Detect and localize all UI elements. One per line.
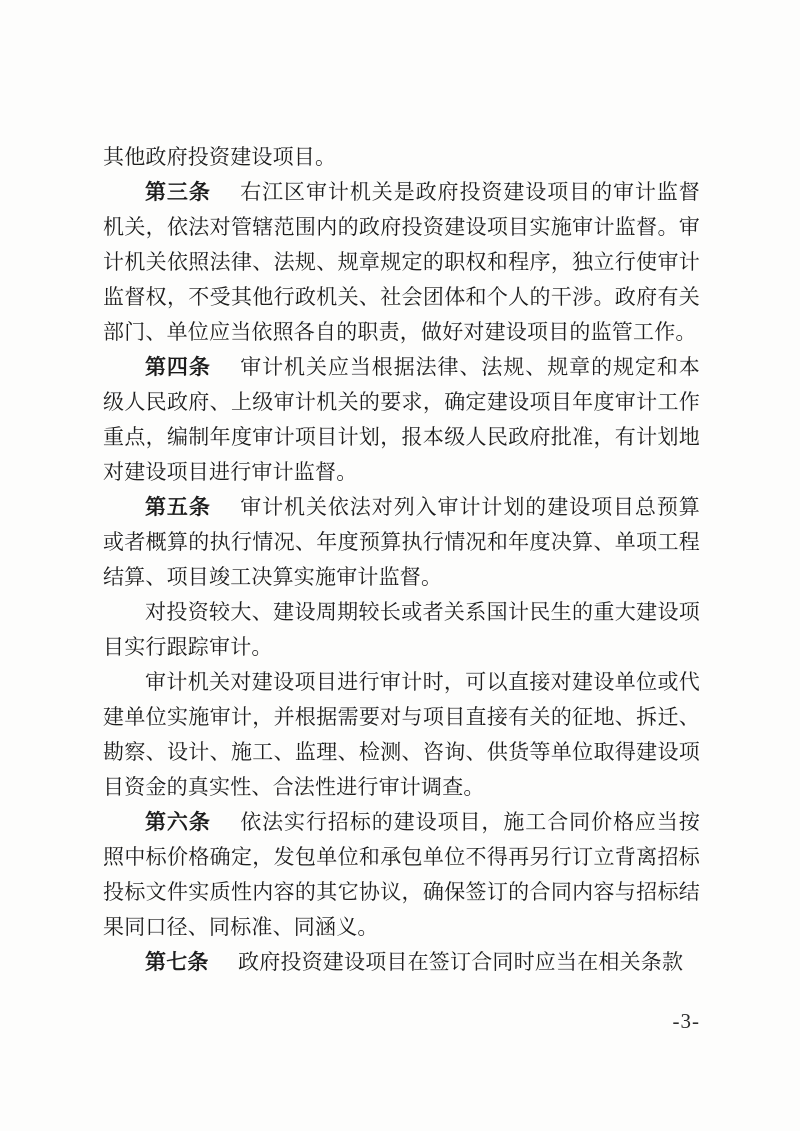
paragraph-text: 其他政府投资建设项目。 [103,145,336,169]
article-number-label: 第六条 [145,811,211,834]
paragraph-article-5-clause-3: 审计机关对建设项目进行审计时，可以直接对建设单位或代建单位实施审计，并根据需要对… [103,665,700,805]
paragraph-text: 右江区审计机关是政府投资建设项目的审计监督机关，依法对管辖范围内的政府投资建设项… [103,180,700,344]
paragraph-continuation: 其他政府投资建设项目。 [103,140,700,175]
paragraph-article-7: 第七条政府投资建设项目在签订合同时应当在相关条款 [103,945,700,980]
paragraph-text: 政府投资建设项目在签订合同时应当在相关条款 [238,950,683,974]
page-number: -3- [103,1008,700,1034]
article-number-label: 第四条 [145,356,211,379]
paragraph-article-4: 第四条审计机关应当根据法律、法规、规章的规定和本级人民政府、上级审计机关的要求，… [103,350,700,490]
paragraph-article-5-clause-2: 对投资较大、建设周期较长或者关系国计民生的重大建设项目实行跟踪审计。 [103,595,700,665]
paragraph-text: 审计机关对建设项目进行审计时，可以直接对建设单位或代建单位实施审计，并根据需要对… [103,670,700,799]
paragraph-text: 对投资较大、建设周期较长或者关系国计民生的重大建设项目实行跟踪审计。 [103,600,700,659]
paragraph-article-3: 第三条右江区审计机关是政府投资建设项目的审计监督机关，依法对管辖范围内的政府投资… [103,175,700,350]
article-number-label: 第七条 [145,951,209,974]
article-number-label: 第五条 [145,496,211,519]
article-number-label: 第三条 [145,181,211,204]
scanned-document-page: 其他政府投资建设项目。 第三条右江区审计机关是政府投资建设项目的审计监督机关，依… [0,0,800,1131]
paragraph-article-6: 第六条依法实行招标的建设项目，施工合同价格应当按照中标价格确定，发包单位和承包单… [103,805,700,945]
document-body-text: 其他政府投资建设项目。 第三条右江区审计机关是政府投资建设项目的审计监督机关，依… [103,140,700,980]
paragraph-article-5: 第五条审计机关依法对列入审计计划的建设项目总预算或者概算的执行情况、年度预算执行… [103,490,700,595]
